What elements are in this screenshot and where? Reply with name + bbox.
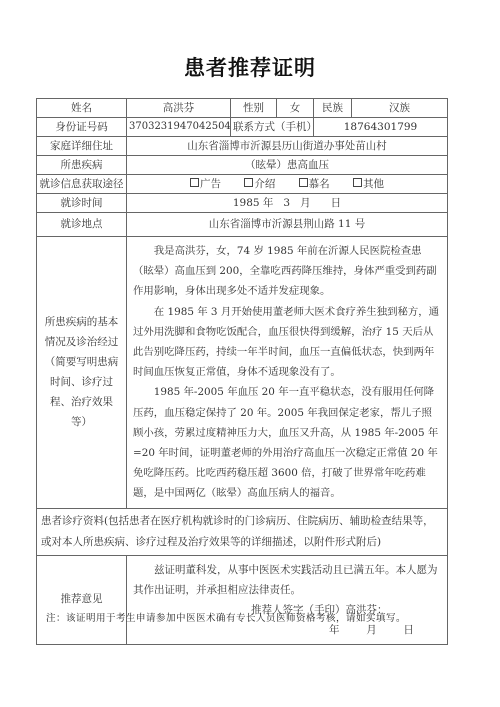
recommendation-label: 推荐意见 — [37, 555, 127, 644]
checkbox-icon[interactable] — [353, 178, 362, 187]
option-referral[interactable]: 介绍 — [244, 178, 275, 191]
name-value[interactable]: 高洪芬 — [127, 99, 231, 118]
visit-time-label: 就诊时间 — [37, 194, 127, 213]
disease-label: 所患疾病 — [37, 156, 127, 175]
checkbox-icon[interactable] — [190, 178, 199, 187]
recommendation-form-table: 姓名 高洪芬 性别 女 民族 汉族 身份证号码 3703231947042504… — [36, 98, 448, 645]
disease-value[interactable]: （眩晕）患高血压 — [127, 156, 448, 175]
gender-label: 性别 — [231, 99, 277, 118]
row-id: 身份证号码 37032319470425044X 联系方式（手机） 187643… — [37, 118, 448, 137]
gender-value[interactable]: 女 — [277, 99, 314, 118]
row-visit-place: 就诊地点 山东省淄博市沂源县荆山路 11 号 — [37, 213, 448, 237]
name-label: 姓名 — [37, 99, 127, 118]
row-source: 就诊信息获取途径 广告 介绍 慕名 其他 — [37, 175, 448, 194]
option-advertisement[interactable]: 广告 — [190, 178, 221, 191]
history-label: 所患疾病的基本情况及诊治经过（简要写明患病时间、诊疗过程、治疗效果等） — [37, 237, 127, 509]
footnote: 注：该证明用于考生申请参加中医医术确有专长人员医师资格考核，请如实填写。 — [46, 610, 406, 624]
address-value[interactable]: 山东省淄博市沂源县历山街道办事处苗山村 — [127, 137, 448, 156]
source-label: 就诊信息获取途径 — [37, 175, 127, 194]
id-label: 身份证号码 — [37, 118, 127, 137]
row-name: 姓名 高洪芬 性别 女 民族 汉族 — [37, 99, 448, 118]
history-description[interactable]: 我是高洪芬，女，74 岁 1985 年前在沂源人民医院检查患（眩晕）高血压到 2… — [127, 237, 448, 509]
row-visit-time: 就诊时间 1985 年 3 月 日 — [37, 194, 448, 213]
checkbox-icon[interactable] — [299, 178, 308, 187]
page-title: 患者推荐证明 — [0, 52, 500, 82]
visit-place-value[interactable]: 山东省淄博市沂源县荆山路 11 号 — [127, 213, 448, 237]
ethnicity-value[interactable]: 汉族 — [352, 99, 448, 118]
visit-time-value[interactable]: 1985 年 3 月 日 — [127, 194, 448, 213]
id-value[interactable]: 37032319470425044X — [127, 118, 231, 137]
row-address: 家庭详细住址 山东省淄博市沂源县历山街道办事处苗山村 — [37, 137, 448, 156]
materials-note: 患者诊疗资料(包括患者在医疗机构就诊时的门诊病历、住院病历、辅助检查结果等，或对… — [37, 508, 448, 555]
recommendation-content[interactable]: 兹证明董科发，从事中医医术实践活动且已满五年。本人愿为其作出证明，并承担相应法律… — [127, 555, 448, 644]
checkbox-icon[interactable] — [244, 178, 253, 187]
recommendation-text: 兹证明董科发，从事中医医术实践活动且已满五年。本人愿为其作出证明，并承担相应法律… — [133, 560, 441, 600]
history-paragraph: 我是高洪芬，女，74 岁 1985 年前在沂源人民医院检查患（眩晕）高血压到 2… — [133, 241, 441, 302]
option-reputation[interactable]: 慕名 — [299, 178, 330, 191]
row-recommendation: 推荐意见 兹证明董科发，从事中医医术实践活动且已满五年。本人愿为其作出证明，并承… — [37, 555, 448, 644]
option-other[interactable]: 其他 — [353, 178, 384, 191]
phone-value[interactable]: 18764301799 — [314, 118, 448, 137]
ethnicity-label: 民族 — [314, 99, 352, 118]
phone-label: 联系方式（手机） — [231, 118, 314, 137]
history-paragraph: 1985 年-2005 年血压 20 年一直平稳状态，没有服用任何降压药，血压稳… — [133, 382, 441, 503]
row-history: 所患疾病的基本情况及诊治经过（简要写明患病时间、诊疗过程、治疗效果等） 我是高洪… — [37, 237, 448, 509]
row-materials: 患者诊疗资料(包括患者在医疗机构就诊时的门诊病历、住院病历、辅助检查结果等，或对… — [37, 508, 448, 555]
address-label: 家庭详细住址 — [37, 137, 127, 156]
source-options: 广告 介绍 慕名 其他 — [127, 175, 448, 194]
row-disease: 所患疾病 （眩晕）患高血压 — [37, 156, 448, 175]
history-paragraph: 在 1985 年 3 月开始使用董老师大医术食疗养生独到秘方，通过外用洗脚和食物… — [133, 302, 441, 383]
visit-place-label: 就诊地点 — [37, 213, 127, 237]
